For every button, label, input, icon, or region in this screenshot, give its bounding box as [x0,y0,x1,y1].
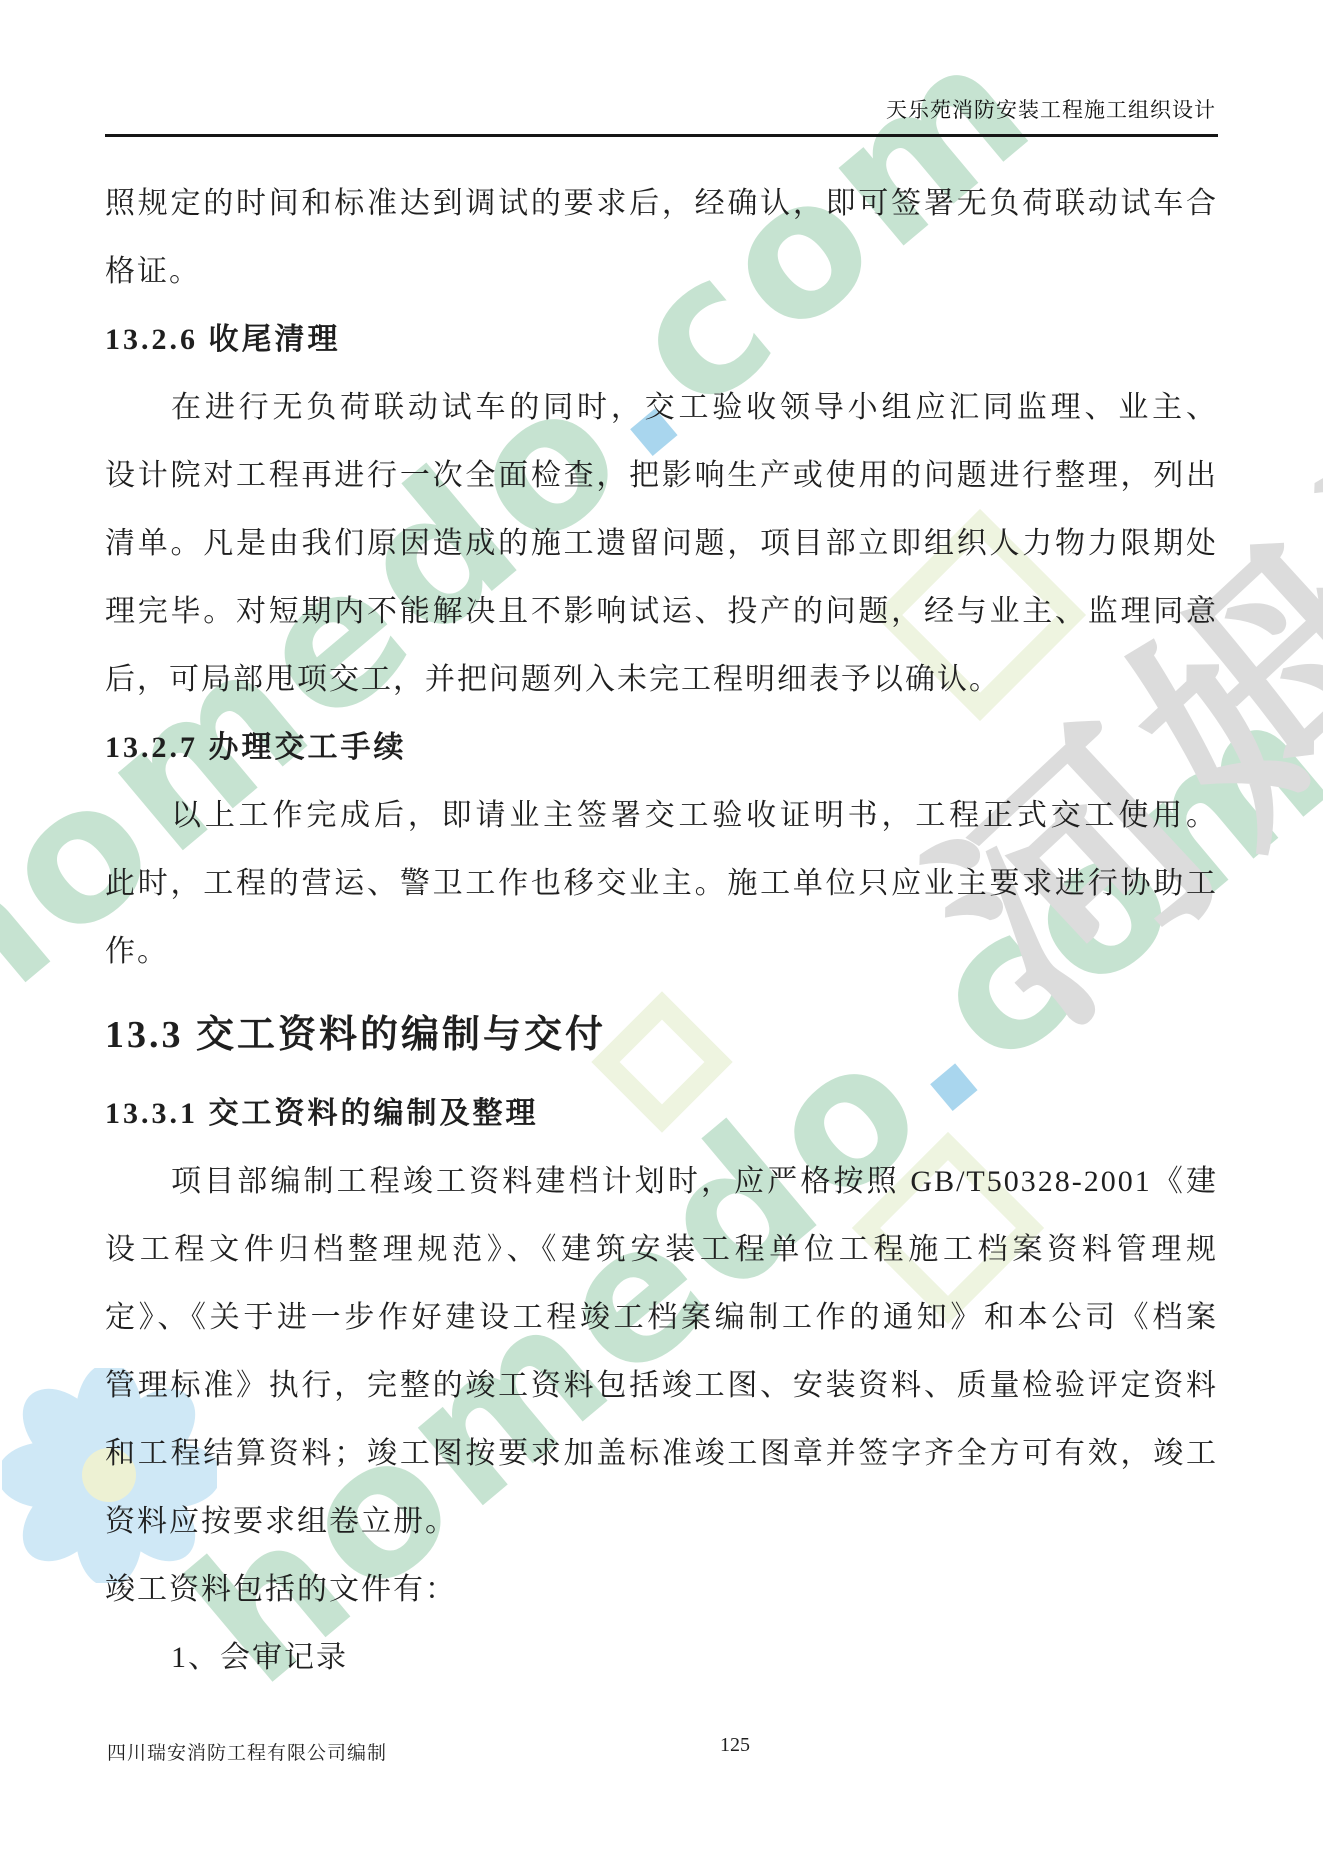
page-number: 125 [720,1734,750,1757]
section-heading: 13.3.1 交工资料的编制及整理 [105,1080,1218,1148]
text-line: 以上工作完成后，即请业主签署交工验收证明书，工程正式交工使用。 [105,782,1218,850]
text-line: 照规定的时间和标准达到调试的要求后，经确认，即可签署无负荷联动试车合 [105,170,1218,238]
text-line: 理完毕。对短期内不能解决且不影响试运、投产的问题，经与业主、监理同意 [105,578,1218,646]
header-title: 天乐苑消防安装工程施工组织设计 [886,94,1216,124]
page-header: 天乐苑消防安装工程施工组织设计 [105,58,1218,137]
text-line: 定》、《关于进一步作好建设工程竣工档案编制工作的通知》和本公司《档案 [105,1284,1218,1352]
text-line: 设计院对工程再进行一次全面检查，把影响生产或使用的问题进行整理，列出 [105,442,1218,510]
section-heading: 13.3 交工资料的编制与交付 [105,986,1218,1080]
text-line: 竣工资料包括的文件有： [105,1556,1218,1624]
footer-company: 四川瑞安消防工程有限公司编制 [107,1738,387,1765]
page-footer: 四川瑞安消防工程有限公司编制 125 [105,1734,1218,1764]
section-heading: 13.2.6 收尾清理 [105,306,1218,374]
text-line: 设工程文件归档整理规范》、《建筑安装工程单位工程施工档案资料管理规 [105,1216,1218,1284]
document-body: 照规定的时间和标准达到调试的要求后，经确认，即可签署无负荷联动试车合格证。13.… [105,170,1218,1692]
text-line: 1、会审记录 [105,1624,1218,1692]
text-line: 作。 [105,918,1218,986]
text-line: 格证。 [105,238,1218,306]
text-line: 在进行无负荷联动试车的同时，交工验收领导小组应汇同监理、业主、 [105,374,1218,442]
document-page: homedo.com homedo.com 河姆渡 天乐苑消防安装工程施工组织设… [0,0,1323,1871]
text-line: 和工程结算资料；竣工图按要求加盖标准竣工图章并签字齐全方可有效，竣工 [105,1420,1218,1488]
section-heading: 13.2.7 办理交工手续 [105,714,1218,782]
text-line: 管理标准》执行，完整的竣工资料包括竣工图、安装资料、质量检验评定资料 [105,1352,1218,1420]
text-line: 项目部编制工程竣工资料建档计划时，应严格按照 GB/T50328-2001《建 [105,1148,1218,1216]
text-line: 清单。凡是由我们原因造成的施工遗留问题，项目部立即组织人力物力限期处 [105,510,1218,578]
text-line: 后，可局部甩项交工，并把问题列入未完工程明细表予以确认。 [105,646,1218,714]
text-line: 此时，工程的营运、警卫工作也移交业主。施工单位只应业主要求进行协助工 [105,850,1218,918]
text-line: 资料应按要求组卷立册。 [105,1488,1218,1556]
